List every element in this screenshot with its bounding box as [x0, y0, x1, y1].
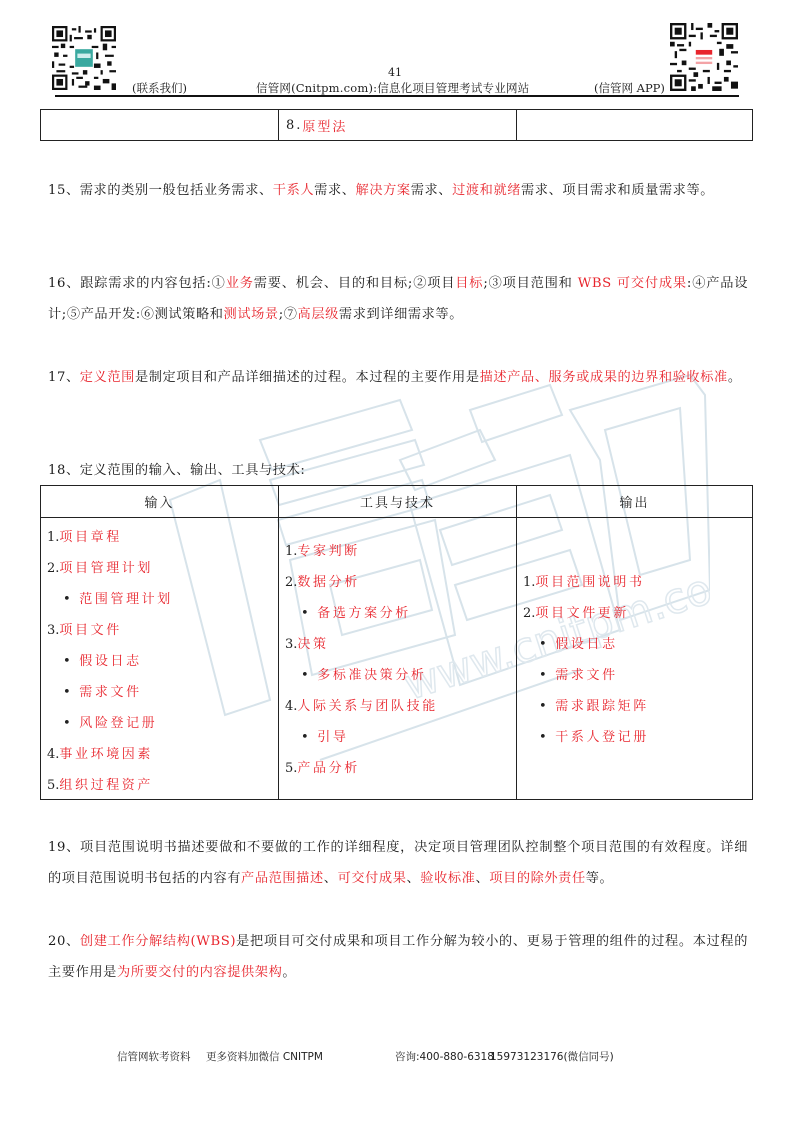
header-outputs: 输出 — [517, 486, 752, 517]
paragraph-17: 17、定义范围是制定项目和产品详细描述的过程。本过程的主要作用是描述产品、服务或… — [48, 362, 748, 393]
tools-column: 1.专家判断2.数据分析•备选方案分析3.决策•多标准决策分析4.人际关系与团队… — [279, 518, 517, 799]
table-sub-item: •引导 — [301, 726, 348, 745]
paragraph-text: 17、 — [48, 370, 80, 385]
highlight-term: 定义范围 — [80, 370, 135, 385]
bullet-icon: • — [539, 637, 549, 652]
item-text: 事业环境因素 — [59, 747, 153, 762]
item-number: 1. — [47, 530, 59, 545]
bullet-icon: • — [63, 716, 73, 731]
table-sub-item: •需求跟踪矩阵 — [539, 695, 649, 714]
bullet-icon: • — [301, 606, 311, 621]
item-number: 2. — [285, 575, 297, 590]
paragraph-20: 20、创建工作分解结构(WBS)是把项目可交付成果和项目工作分解为较小的、更易于… — [48, 926, 748, 988]
table-item: 2.项目管理计划 — [47, 557, 153, 576]
paragraph-text: ;⑦ — [279, 307, 298, 322]
item-number: 3. — [285, 637, 297, 652]
header-divider — [55, 95, 739, 97]
document-page: (联系我们) 41 信管网(Cnitpm.com):信息化项目管理考试专业网站 … — [0, 0, 794, 1123]
table-item: 1.专家判断 — [285, 540, 360, 559]
table-item: 5.组织过程资产 — [47, 774, 153, 793]
item-text: 项目范围说明书 — [535, 575, 644, 590]
item-text: 人际关系与团队技能 — [297, 699, 437, 714]
table-item: 4.事业环境因素 — [47, 743, 153, 762]
highlight-term: 高层级 — [298, 307, 339, 322]
table-header-row: 输入 工具与技术 输出 — [41, 486, 752, 518]
table-item: 2.项目文件更新 — [523, 602, 629, 621]
bullet-icon: • — [63, 685, 73, 700]
item-text: 需求文件 — [79, 685, 141, 700]
paragraph-text: 需求到详细需求等。 — [339, 307, 463, 322]
highlight-term: 干系人 — [273, 183, 314, 198]
highlight-term: 项目的除外责任 — [489, 871, 586, 886]
table-sub-item: •备选方案分析 — [301, 602, 411, 621]
paragraph-text: 、 — [475, 871, 489, 886]
highlight-term: 可交付成果 — [338, 871, 407, 886]
item-text: 风险登记册 — [79, 716, 157, 731]
define-scope-ito-table: 输入 工具与技术 输出 1.项目章程2.项目管理计划•范围管理计划3.项目文件•… — [40, 485, 753, 800]
app-label: (信管网 APP) — [594, 80, 665, 96]
bullet-icon: • — [539, 730, 549, 745]
table-sub-item: •需求文件 — [539, 664, 618, 683]
highlight-term: 产品范围描述 — [241, 871, 324, 886]
item-text: 数据分析 — [297, 575, 359, 590]
table-item: 4.人际关系与团队技能 — [285, 695, 438, 714]
highlight-term: 创建工作分解结构(WBS) — [80, 934, 236, 949]
paragraph-text: 是制定项目和产品详细描述的过程。本过程的主要作用是 — [135, 370, 480, 385]
item-number: 4. — [285, 699, 297, 714]
footer-wechat: 更多资料加微信 CNITPM — [206, 1049, 323, 1064]
bullet-icon: • — [539, 699, 549, 714]
highlight-term: 业务 — [226, 276, 254, 291]
highlight-term: 测试场景 — [224, 307, 279, 322]
table-body-row: 1.项目章程2.项目管理计划•范围管理计划3.项目文件•假设日志•需求文件•风险… — [41, 518, 752, 799]
paragraph-18: 18、定义范围的输入、输出、工具与技术: — [48, 455, 748, 486]
item-text: 需求跟踪矩阵 — [555, 699, 649, 714]
item-text: 决策 — [297, 637, 328, 652]
bullet-icon: • — [63, 592, 73, 607]
paragraph-text: 等。 — [586, 871, 614, 886]
contact-us-label: (联系我们) — [132, 80, 187, 96]
item-number: 3. — [47, 623, 59, 638]
fragment-cell-empty — [517, 110, 752, 140]
table-sub-item: •干系人登记册 — [539, 726, 649, 745]
footer-phone: 咨询:400-880-6318 — [395, 1049, 494, 1064]
bullet-icon: • — [301, 730, 311, 745]
paragraph-text: 。 — [282, 965, 296, 980]
paragraph-text: 、 — [407, 871, 421, 886]
fragment-cell-item: 8. 原型法 — [279, 110, 517, 140]
highlight-term: 为所要交付的内容提供架构 — [117, 965, 282, 980]
app-qr-code[interactable] — [670, 22, 738, 92]
highlight-term: 过渡和就绪 — [452, 183, 521, 198]
footer-brand: 信管网软考资料 — [117, 1049, 191, 1064]
item-text: 假设日志 — [79, 654, 141, 669]
item-text: 干系人登记册 — [555, 730, 649, 745]
table-item: 3.项目文件 — [47, 619, 122, 638]
bullet-icon: • — [63, 654, 73, 669]
highlight-term: WBS 可交付成果 — [578, 276, 687, 291]
paragraph-text: 需求、 — [314, 183, 355, 198]
table-item: 3.决策 — [285, 633, 329, 652]
contact-qr-code[interactable] — [52, 26, 116, 90]
item-text: 范围管理计划 — [79, 592, 173, 607]
item-text: 假设日志 — [555, 637, 617, 652]
item-text: 专家判断 — [297, 544, 359, 559]
paragraph-text: 、 — [324, 871, 338, 886]
table-item: 5.产品分析 — [285, 757, 360, 776]
inputs-column: 1.项目章程2.项目管理计划•范围管理计划3.项目文件•假设日志•需求文件•风险… — [41, 518, 279, 799]
paragraph-text: 需求、 — [411, 183, 452, 198]
paragraph-19: 19、项目范围说明书描述要做和不要做的工作的详细程度，决定项目管理团队控制整个项… — [48, 832, 748, 894]
bullet-icon: • — [539, 668, 549, 683]
qr-code-icon — [670, 22, 738, 92]
fragment-cell-empty — [41, 110, 279, 140]
item-number: 2. — [523, 606, 535, 621]
paragraph-text: 15、需求的类别一般包括业务需求、 — [48, 183, 273, 198]
table-sub-item: •假设日志 — [63, 650, 142, 669]
bullet-icon: • — [301, 668, 311, 683]
paragraph-text: 16、跟踪需求的内容包括:① — [48, 276, 226, 291]
paragraph-15: 15、需求的类别一般包括业务需求、干系人需求、解决方案需求、过渡和就绪需求、项目… — [48, 175, 748, 206]
item-text: 需求文件 — [555, 668, 617, 683]
paragraph-text: 需求、项目需求和质量需求等。 — [521, 183, 714, 198]
item-text: 备选方案分析 — [317, 606, 411, 621]
item-text: 多标准决策分析 — [317, 668, 426, 683]
highlight-term: 解决方案 — [356, 183, 411, 198]
fragment-item-text: 原型法 — [302, 116, 347, 135]
table-item: 1.项目范围说明书 — [523, 571, 645, 590]
table-item: 1.项目章程 — [47, 526, 122, 545]
paragraph-16: 16、跟踪需求的内容包括:①业务需要、机会、目的和目标;②项目目标;③项目范围和… — [48, 268, 748, 330]
header-inputs: 输入 — [41, 486, 279, 517]
item-text: 项目文件 — [59, 623, 121, 638]
paragraph-text: 20、 — [48, 934, 80, 949]
highlight-term: 目标 — [455, 276, 483, 291]
fragment-item-num: 8. — [286, 118, 302, 133]
page-number: 41 — [388, 66, 402, 79]
highlight-term: 验收标准 — [420, 871, 475, 886]
table-sub-item: •假设日志 — [539, 633, 618, 652]
table-sub-item: •范围管理计划 — [63, 588, 173, 607]
item-text: 产品分析 — [297, 761, 359, 776]
table-item: 2.数据分析 — [285, 571, 360, 590]
header-tools: 工具与技术 — [279, 486, 517, 517]
paragraph-text: ;③项目范围和 — [483, 276, 577, 291]
item-text: 项目管理计划 — [59, 561, 153, 576]
item-number: 4. — [47, 747, 59, 762]
previous-table-fragment: 8. 原型法 — [40, 109, 753, 141]
item-number: 5. — [285, 761, 297, 776]
paragraph-text: 18、定义范围的输入、输出、工具与技术: — [48, 463, 305, 478]
item-text: 引导 — [317, 730, 348, 745]
paragraph-text: 。 — [728, 370, 742, 385]
footer-mobile: 15973123176(微信同号) — [490, 1049, 614, 1064]
item-number: 1. — [523, 575, 535, 590]
item-text: 项目文件更新 — [535, 606, 629, 621]
highlight-term: 描述产品、服务或成果的边界和验收标准 — [480, 370, 728, 385]
qr-code-icon — [52, 26, 116, 90]
site-title: 信管网(Cnitpm.com):信息化项目管理考试专业网站 — [256, 80, 529, 96]
item-text: 项目章程 — [59, 530, 121, 545]
outputs-column: 1.项目范围说明书2.项目文件更新•假设日志•需求文件•需求跟踪矩阵•干系人登记… — [517, 518, 752, 799]
item-number: 5. — [47, 778, 59, 793]
table-sub-item: •多标准决策分析 — [301, 664, 426, 683]
item-text: 组织过程资产 — [59, 778, 153, 793]
item-number: 1. — [285, 544, 297, 559]
item-number: 2. — [47, 561, 59, 576]
paragraph-text: 需要、机会、目的和目标;②项目 — [254, 276, 456, 291]
table-sub-item: •需求文件 — [63, 681, 142, 700]
table-sub-item: •风险登记册 — [63, 712, 157, 731]
